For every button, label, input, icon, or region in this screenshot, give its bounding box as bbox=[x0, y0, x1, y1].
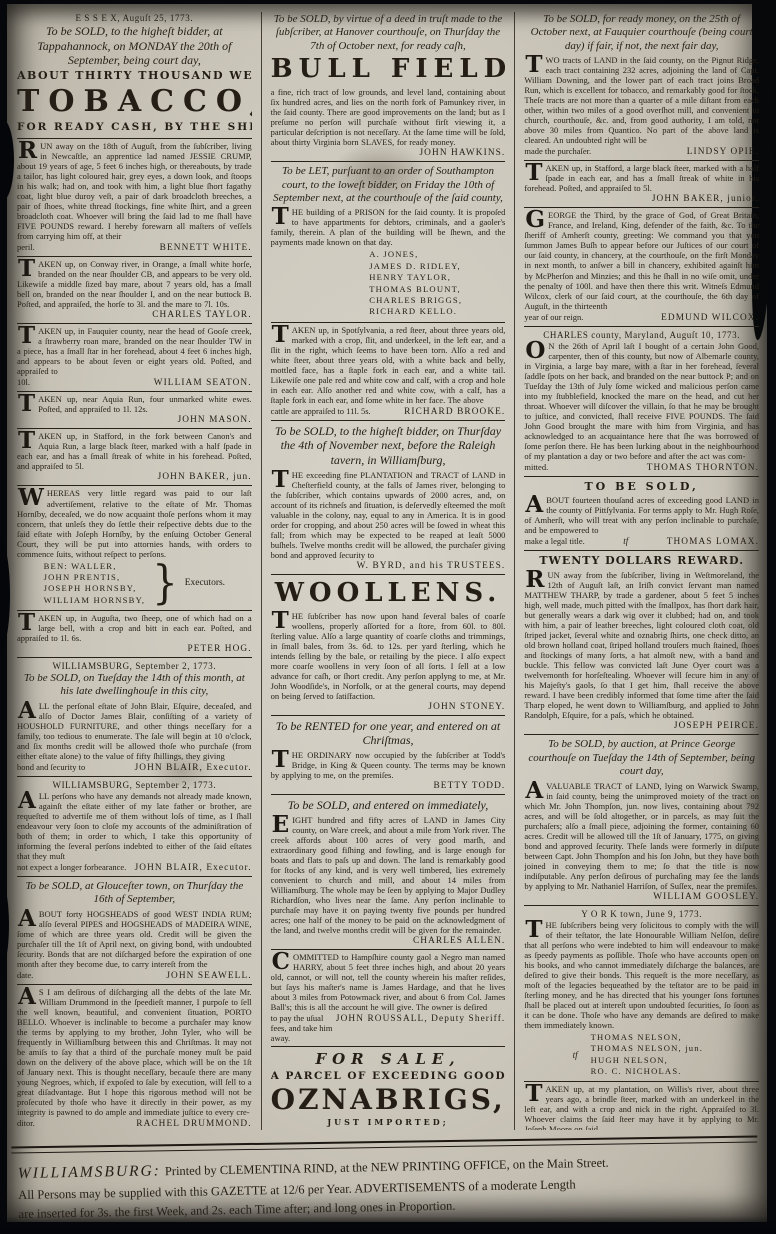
ad-body: ALL the perſonal eſtate of John Blair, E… bbox=[17, 701, 252, 761]
signature-row: peril.BENNETT WHITE. bbox=[17, 242, 252, 253]
ad-heading: To be SOLD, by auction, at Prince George… bbox=[526, 738, 757, 778]
ad-body: THE ſubſcriber has now upon hand ſeveral… bbox=[271, 611, 506, 701]
drop-cap: T bbox=[17, 259, 38, 278]
ad-display-line: WOOLLENS. bbox=[271, 579, 506, 609]
drop-cap: T bbox=[524, 920, 545, 939]
ad-body: TAKEN up, in Stafford, in the fork betwe… bbox=[17, 431, 252, 471]
drop-cap: T bbox=[17, 394, 38, 413]
imprint-city: WILLIAMSBURG: bbox=[18, 1162, 165, 1182]
signature-lead: peril. bbox=[17, 242, 35, 252]
signatory-names: A. JONES,JAMES D. RIDLEY,HENRY TAYLOR,TH… bbox=[369, 249, 462, 317]
drop-cap: T bbox=[271, 207, 292, 226]
signature: JOHN BAKER, junior. bbox=[652, 194, 759, 204]
signature-lead: made the purchaſer. bbox=[524, 146, 591, 156]
newspaper-ad: TAKEN up, in Auguſta, two ſheep, one of … bbox=[17, 610, 252, 657]
ad-body: COMMITTED to Hampſhire county gaol a Neg… bbox=[271, 952, 506, 1012]
ad-body: ABOUT fourteen thouſand acres of exceedi… bbox=[524, 495, 759, 535]
ad-body: AS I am deſirous of diſcharging all the … bbox=[17, 987, 252, 1117]
signature: PETER HOG. bbox=[187, 644, 251, 654]
ad-dateline: WILLIAMSBURG, September 2, 1773. bbox=[17, 661, 252, 671]
signature-lead: mitted. bbox=[524, 462, 548, 472]
newspaper-ad: To be SOLD, at Glouceſter town, on Thurſ… bbox=[17, 876, 252, 984]
signature-row: date.JOHN SEAWELL. bbox=[17, 970, 252, 981]
signatory-names: THOMAS NELSON,THOMAS NELSON, jun.HUGH NE… bbox=[591, 1032, 704, 1077]
column-1: E S S E X, Auguſt 25, 1773.To be SOLD, t… bbox=[17, 12, 252, 1130]
newspaper-ad: TO BE SOLD,ABOUT fourteen thouſand acres… bbox=[524, 476, 759, 551]
ad-dateline: CHARLES county, Maryland, Auguſt 10, 177… bbox=[524, 330, 759, 340]
signatory-name: THOMAS BLOUNT, bbox=[369, 284, 462, 295]
ad-heading: To be SOLD, to the higheſt bidder, at Ta… bbox=[19, 24, 250, 68]
signature: JOHN BLAIR, Executor. bbox=[135, 763, 252, 773]
drop-cap: T bbox=[271, 750, 292, 769]
signature-lead: make a legal title. bbox=[524, 536, 584, 546]
ad-body: TAKEN up, in Spotſylvania, a red ſteer, … bbox=[271, 325, 506, 405]
drop-cap: T bbox=[17, 326, 38, 345]
ad-body: THE ſubſcribers being very ſolicitous to… bbox=[524, 920, 759, 1030]
ad-body: TAKEN up, in Stafford, a large black ſte… bbox=[524, 163, 759, 193]
signature: BENNETT WHITE. bbox=[160, 243, 252, 253]
drop-cap: A bbox=[17, 987, 39, 1006]
ad-body: GEORGE the Third, by the grace of God, o… bbox=[524, 210, 759, 310]
signature: RACHEL DRUMMOND. bbox=[136, 1119, 251, 1129]
ad-heading: To be LET, purſuant to an order of South… bbox=[273, 165, 504, 205]
ad-dateline: E S S E X, Auguſt 25, 1773. bbox=[17, 13, 252, 23]
column-2: To be SOLD, by virtue of a deed in truſt… bbox=[261, 12, 506, 1130]
signatory-name: JOHN PRENTIS, bbox=[44, 572, 146, 583]
signatories: BEN: WALLER,JOHN PRENTIS,JOSEPH HORNSBY,… bbox=[17, 561, 252, 606]
signatories: A. JONES,JAMES D. RIDLEY,HENRY TAYLOR,TH… bbox=[271, 249, 506, 317]
signature-row: W. BYRD, and his TRUSTEES. bbox=[271, 561, 506, 571]
drop-cap: A bbox=[17, 909, 39, 928]
signature: JOHN MASON. bbox=[178, 415, 252, 425]
drop-cap: W bbox=[17, 488, 47, 507]
newspaper-ad: Y O R K town, June 9, 1773.THE ſubſcribe… bbox=[524, 905, 759, 1082]
signatory-name: CHARLES BRIGGS, bbox=[369, 295, 462, 306]
newspaper-ad: To be SOLD, and entered on immediately,E… bbox=[271, 794, 506, 949]
signature-row: JOHN HAWKINS. bbox=[271, 148, 506, 158]
newspaper-ad: WILLIAMSBURG, September 2, 1773.To be SO… bbox=[17, 657, 252, 776]
ad-body: A VALUABLE TRACT of LAND, lying on Warwi… bbox=[524, 781, 759, 891]
signature-row: year of our reign.EDMUND WILCOX. bbox=[524, 312, 759, 323]
signature: JOHN HAWKINS. bbox=[419, 148, 505, 158]
signature-lead: year of our reign. bbox=[524, 312, 583, 322]
drop-cap: A bbox=[524, 781, 546, 800]
ad-display-line: TO BE SOLD, bbox=[524, 481, 759, 494]
newspaper-ad: COMMITTED to Hampſhire county gaol a Neg… bbox=[271, 949, 506, 1046]
signatory-name: BEN: WALLER, bbox=[44, 561, 146, 572]
signature-row: not expect a longer forbearance.JOHN BLA… bbox=[17, 862, 252, 873]
signatory-name: JAMES D. RIDLEY, bbox=[369, 261, 462, 272]
signature: THOMAS THORNTON. bbox=[647, 463, 759, 473]
signatory-name: WILLIAM HORNSBY, bbox=[44, 595, 146, 606]
newspaper-ad: E S S E X, Auguſt 25, 1773.To be SOLD, t… bbox=[17, 13, 252, 138]
drop-cap: T bbox=[271, 611, 292, 630]
newspaper-ad: AS I am deſirous of diſcharging all the … bbox=[17, 984, 252, 1130]
signature-row: 10l.WILLIAM SEATON. bbox=[17, 377, 252, 388]
newspaper-ad: TWENTY DOLLARS REWARD.RUN away from the … bbox=[524, 550, 759, 734]
newspaper-page: E S S E X, Auguſt 25, 1773.To be SOLD, t… bbox=[0, 0, 776, 1234]
signature-row: JOSEPH PEIRCE. bbox=[524, 721, 759, 731]
ad-body: RUN away on the 18th of Auguſt, from the… bbox=[17, 141, 252, 241]
signature: RICHARD BROOKE. bbox=[404, 407, 505, 417]
ad-heading: To be SOLD, by virtue of a deed in truſt… bbox=[273, 13, 504, 53]
signatory-name: RO. C. NICHOLAS. bbox=[591, 1066, 704, 1077]
signatory-name: THOMAS NELSON, jun. bbox=[591, 1043, 704, 1054]
newspaper-ad: TAKEN up, at my plantation, on Willis's … bbox=[524, 1081, 759, 1130]
drop-cap: A bbox=[524, 495, 546, 514]
ad-display-line: BULL FIELD, bbox=[271, 55, 506, 85]
signature-row: bond and ſecurity toJOHN BLAIR, Executor… bbox=[17, 762, 252, 773]
signature-lead: date. bbox=[17, 970, 33, 980]
signatory-name: THOMAS NELSON, bbox=[591, 1032, 704, 1043]
drop-cap: O bbox=[524, 341, 548, 360]
newspaper-ad: CHARLES county, Maryland, Auguſt 10, 177… bbox=[524, 326, 759, 476]
ad-ref-mark: tf bbox=[567, 1050, 584, 1060]
signature-row: made the purchaſer.LINDSY OPIE. bbox=[524, 146, 759, 157]
newspaper-ad: TAKEN up, in Stafford, in the fork betwe… bbox=[17, 428, 252, 485]
ad-body: EIGHT hundred and fifty acres of LAND in… bbox=[271, 815, 506, 935]
brace-glyph: } bbox=[152, 563, 177, 604]
signature: JOHN STONEY. bbox=[428, 702, 505, 712]
signature: WILLIAM GOOSLEY. bbox=[653, 892, 759, 902]
ad-dateline: Y O R K town, June 9, 1773. bbox=[524, 909, 759, 919]
newspaper-ad: TAKEN up, in Fauquier county, near the h… bbox=[17, 323, 252, 391]
newspaper-ad: FOR SALE,A PARCEL OF EXCEEDING GOODOZNAB… bbox=[271, 1046, 506, 1130]
ad-body: TAKEN up, near Aquia Run, four unmarked … bbox=[17, 394, 252, 414]
signature: W. BYRD, and his TRUSTEES. bbox=[357, 561, 506, 571]
imprint: WILLIAMSBURG:Printed by CLEMENTINA RIND,… bbox=[11, 1134, 758, 1225]
signatory-name: HUGH NELSON, bbox=[591, 1055, 704, 1066]
ad-body: THE ORDINARY now occupied by the ſubſcri… bbox=[271, 750, 506, 780]
signature-lead: 10l. bbox=[17, 377, 30, 387]
signature-lead: cattle are appraiſed to 11l. 5s. bbox=[271, 406, 371, 416]
page-content: E S S E X, Auguſt 25, 1773.To be SOLD, t… bbox=[17, 12, 759, 1130]
newspaper-ad: RUN away on the 18th of Auguſt, from the… bbox=[17, 138, 252, 256]
signature-row: CHARLES ALLEN. bbox=[271, 936, 506, 946]
newspaper-ad: GEORGE the Third, by the grace of God, o… bbox=[524, 207, 759, 325]
signature-row: mitted.THOMAS THORNTON. bbox=[524, 462, 759, 473]
newspaper-ad: To be SOLD, to the higheſt bidder, on Th… bbox=[271, 420, 506, 574]
signature: BETTY TODD. bbox=[434, 781, 506, 791]
signature: THOMAS LOMAX. bbox=[667, 537, 759, 547]
newspaper-ad: TAKEN up, in Stafford, a large black ſte… bbox=[524, 160, 759, 207]
ad-body: RUN away from the ſubſcriber, living in … bbox=[524, 570, 759, 720]
newspaper-ad: WHEREAS very little regard was paid to o… bbox=[17, 485, 252, 609]
ad-body: TWO tracts of LAND in the ſaid county, o… bbox=[524, 55, 759, 145]
signatory-name: JOSEPH HORNSBY, bbox=[44, 583, 146, 594]
ad-body: ABOUT forty HOGSHEADS of good WEST INDIA… bbox=[17, 909, 252, 969]
ad-heading: To be SOLD, at Glouceſter town, on Thurſ… bbox=[19, 880, 250, 907]
signatory-name: A. JONES, bbox=[369, 249, 462, 260]
signature-row: cattle are appraiſed to 11l. 5s.RICHARD … bbox=[271, 406, 506, 417]
drop-cap: T bbox=[17, 431, 38, 450]
signature-row: WILLIAM GOOSLEY. bbox=[524, 892, 759, 902]
ad-body: TAKEN up, in Auguſta, two ſheep, one of … bbox=[17, 613, 252, 643]
signature-lead: ditor. bbox=[17, 1118, 35, 1128]
ad-display-line: FOR READY CASH, BY THE SHERIFF. bbox=[17, 121, 252, 133]
ad-body: ALL perſons who have any demands not alr… bbox=[17, 791, 252, 861]
drop-cap: T bbox=[524, 55, 545, 74]
drop-cap: G bbox=[524, 210, 548, 229]
signature: JOHN BAKER, jun. bbox=[158, 472, 252, 482]
signature-row: JOHN BAKER, junior. bbox=[524, 194, 759, 204]
signature: EDMUND WILCOX. bbox=[661, 313, 759, 323]
drop-cap: T bbox=[271, 325, 292, 344]
ad-body: THE building of a PRISON for the ſaid co… bbox=[271, 207, 506, 247]
signature: JOHN ROUSSALL, Deputy Sheriff. bbox=[336, 1014, 505, 1024]
newspaper-ad: WOOLLENS.THE ſubſcriber has now upon han… bbox=[271, 574, 506, 715]
signature-lead: to pay the uſual fees, and take him away… bbox=[271, 1013, 336, 1043]
newspaper-ad: To be RENTED for one year, and entered o… bbox=[271, 715, 506, 794]
signature: JOHN SEAWELL. bbox=[166, 971, 251, 981]
drop-cap: T bbox=[524, 163, 545, 182]
signatories: tfTHOMAS NELSON,THOMAS NELSON, jun.HUGH … bbox=[524, 1032, 759, 1077]
ad-display-line: JUST IMPORTED; bbox=[271, 1118, 506, 1127]
ad-body: ON the 26th of April laſt I bought of a … bbox=[524, 341, 759, 461]
drop-cap: T bbox=[17, 613, 38, 632]
signature: CHARLES TAYLOR. bbox=[152, 310, 251, 320]
signature-row: PETER HOG. bbox=[17, 644, 252, 654]
signature-row: to pay the uſual fees, and take him away… bbox=[271, 1013, 506, 1043]
signatory-names: BEN: WALLER,JOHN PRENTIS,JOSEPH HORNSBY,… bbox=[44, 561, 146, 606]
ad-body: THE exceeding fine PLANTATION and TRACT … bbox=[271, 470, 506, 560]
column-3: To be SOLD, for ready money, on the 25th… bbox=[514, 12, 759, 1130]
newspaper-ad: TAKEN up, in Spotſylvania, a red ſteer, … bbox=[271, 322, 506, 420]
ad-display-line: TOBACCO, bbox=[17, 85, 252, 120]
drop-cap: A bbox=[17, 791, 39, 810]
ad-display-line: OZNABRIGS, bbox=[271, 1084, 506, 1116]
ad-body: WHEREAS very little regard was paid to o… bbox=[17, 488, 252, 558]
signature-row: JOHN STONEY. bbox=[271, 702, 506, 712]
drop-cap: C bbox=[271, 952, 293, 971]
ad-display-line: A PARCEL OF EXCEEDING GOOD bbox=[271, 1070, 506, 1082]
signature-row: JOHN BAKER, jun. bbox=[17, 472, 252, 482]
ad-heading: To be SOLD, to the higheſt bidder, on Th… bbox=[273, 424, 504, 468]
drop-cap: A bbox=[17, 701, 39, 720]
signature-row: ditor.RACHEL DRUMMOND. bbox=[17, 1118, 252, 1129]
signature-row: CHARLES TAYLOR. bbox=[17, 310, 252, 320]
ad-body: TAKEN up, at my plantation, on Willis's … bbox=[524, 1084, 759, 1130]
ad-body: a fine, rich tract of low grounds, and l… bbox=[271, 87, 506, 147]
ad-heading: To be SOLD, for ready money, on the 25th… bbox=[526, 13, 757, 53]
signature-lead: bond and ſecurity to bbox=[17, 762, 85, 772]
ad-heading: To be SOLD, on Tueſday the 14th of this … bbox=[19, 672, 250, 699]
ad-display-line: TWENTY DOLLARS REWARD. bbox=[524, 555, 759, 568]
ad-heading: To be RENTED for one year, and entered o… bbox=[273, 719, 504, 748]
newspaper-ad: To be LET, purſuant to an order of South… bbox=[271, 161, 506, 321]
signatory-name: RICHARD KELLO. bbox=[369, 306, 462, 317]
ad-dateline: WILLIAMSBURG, September 2, 1773. bbox=[17, 780, 252, 790]
signature-lead: not expect a longer forbearance. bbox=[17, 862, 126, 872]
newspaper-ad: To be SOLD, by auction, at Prince George… bbox=[524, 734, 759, 904]
signature: JOSEPH PEIRCE. bbox=[674, 721, 759, 731]
signatory-name: HENRY TAYLOR, bbox=[369, 272, 462, 283]
ad-body: TAKEN up, in Fauquier county, near the h… bbox=[17, 326, 252, 376]
ad-heading: To be SOLD, and entered on immediately, bbox=[273, 798, 504, 813]
signature: CHARLES ALLEN. bbox=[413, 936, 505, 946]
ad-display-line: ABOUT THIRTY THOUSAND WEIGHT OF bbox=[17, 70, 252, 83]
ad-display-line: FOR SALE, bbox=[271, 1051, 506, 1068]
signature: JOHN BLAIR, Executor. bbox=[135, 863, 252, 873]
signatories-label: Executors. bbox=[185, 578, 225, 588]
newspaper-ad: TAKEN up, near Aquia Run, four unmarked … bbox=[17, 391, 252, 428]
newspaper-ad: To be SOLD, by virtue of a deed in truſt… bbox=[271, 13, 506, 161]
signature-row: BETTY TODD. bbox=[271, 781, 506, 791]
columns: E S S E X, Auguſt 25, 1773.To be SOLD, t… bbox=[17, 12, 759, 1130]
newspaper-ad: WILLIAMSBURG, September 2, 1773.ALL perſ… bbox=[17, 776, 252, 876]
signature: LINDSY OPIE. bbox=[687, 147, 759, 157]
drop-cap: E bbox=[271, 815, 293, 834]
signature: WILLIAM SEATON. bbox=[154, 378, 252, 388]
drop-cap: R bbox=[524, 570, 547, 589]
ad-body: TAKEN up, on Conway river, in Orange, a … bbox=[17, 259, 252, 309]
drop-cap: R bbox=[17, 141, 40, 160]
newspaper-ad: To be SOLD, for ready money, on the 25th… bbox=[524, 13, 759, 160]
signature-row: JOHN MASON. bbox=[17, 415, 252, 425]
drop-cap: T bbox=[271, 470, 292, 489]
newspaper-ad: TAKEN up, on Conway river, in Orange, a … bbox=[17, 256, 252, 323]
drop-cap: T bbox=[524, 1084, 545, 1103]
ad-ref-mark: tf bbox=[617, 536, 634, 546]
signature-row: make a legal title.tfTHOMAS LOMAX. bbox=[524, 536, 759, 547]
